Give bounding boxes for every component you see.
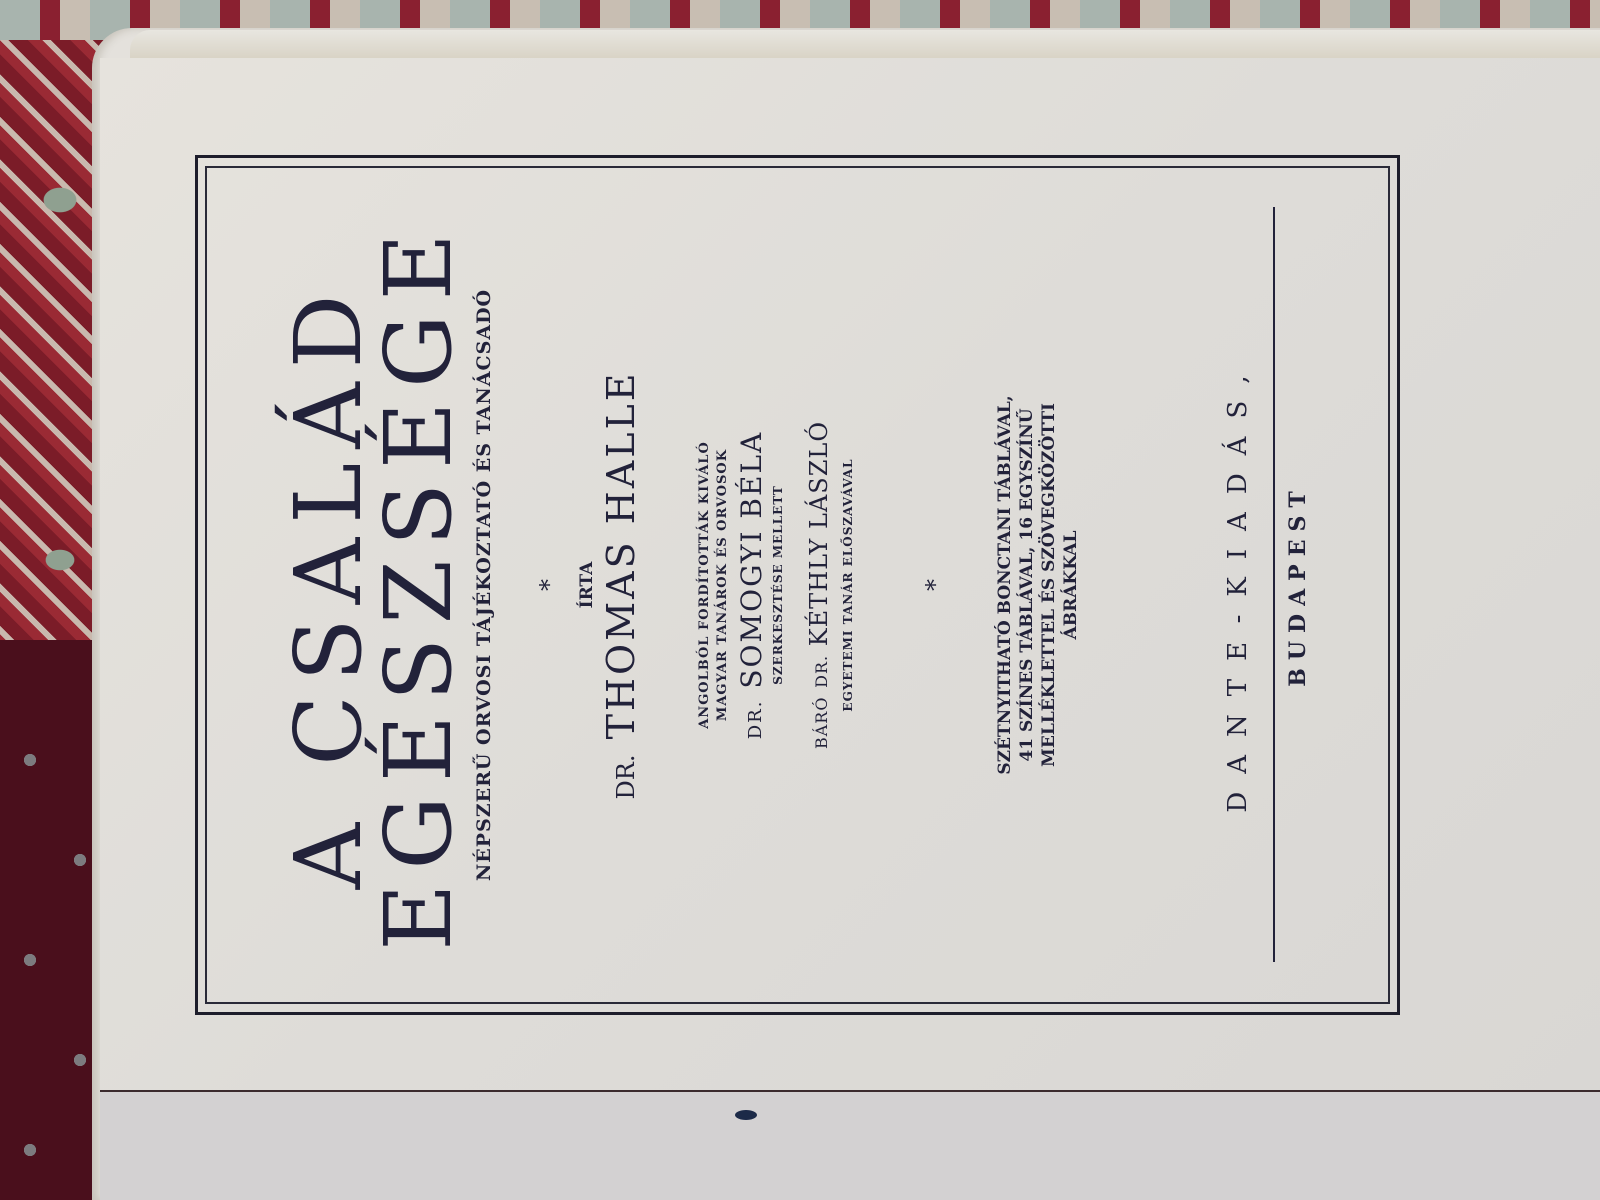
plates-line-3: MELLÉKLETTEL ÉS SZÖVEGKÖZÖTTI [1039,166,1059,1004]
title-line-2: EGÉSZSÉGE [373,166,465,1004]
title-page-content: A CSALÁD EGÉSZSÉGE NÉPSZERŰ ORVOSI TÁJÉK… [205,166,1390,1004]
preface-prefix-baro: BÁRÓ [812,697,831,749]
preface-prefix-dr: DR. [812,655,831,688]
editor-note: SZERKESZTÉSE MELLETT [771,166,785,1004]
city: BUDAPEST [1285,166,1311,1004]
facing-page [100,1090,1600,1200]
ornament-star-icon: * [535,166,563,1004]
preface-name: KÉTHLY LÁSZLÓ [805,421,833,646]
translators-line-1: ANGOLBÓL FORDÍTOTTÁK KIVÁLÓ [697,166,712,1004]
plates-line-2: 41 SZÍNES TÁBLÁVAL, 16 EGYSZÍNŰ [1017,166,1037,1004]
plates-line-1: SZÉTNYITHATÓ BONCTANI TÁBLÁVAL, [995,166,1015,1004]
byline-label: ÍRTA [577,166,597,1004]
preface-note: EGYETEMI TANÁR ELŐSZAVÁVAL [841,166,855,1004]
publisher: DANTE-KIADÁS, [1223,166,1253,1004]
editor-name: SOMOGYI BÉLA [735,431,768,689]
subtitle: NÉPSZERŰ ORVOSI TÁJÉKOZTATÓ ÉS TANÁCSADÓ [473,166,495,1004]
editor-prefix: DR. [745,700,766,740]
author: DR. THOMAS HALLE [599,166,643,1004]
preface-author: BÁRÓ DR. KÉTHLY LÁSZLÓ [805,166,833,1004]
ink-spot [735,1110,757,1120]
translators-line-2: MAGYAR TANÁROK ÉS ORVOSOK [715,166,730,1004]
author-name: THOMAS HALLE [599,371,643,740]
publisher-rule [1273,207,1275,962]
author-prefix: DR. [612,755,640,800]
plates-line-4: ÁBRÁKKAL [1061,166,1081,1004]
ornament-star-icon-2: * [921,166,949,1004]
editor: DR. SOMOGYI BÉLA [735,166,768,1004]
title-line-1: A CSALÁD [283,166,375,1004]
